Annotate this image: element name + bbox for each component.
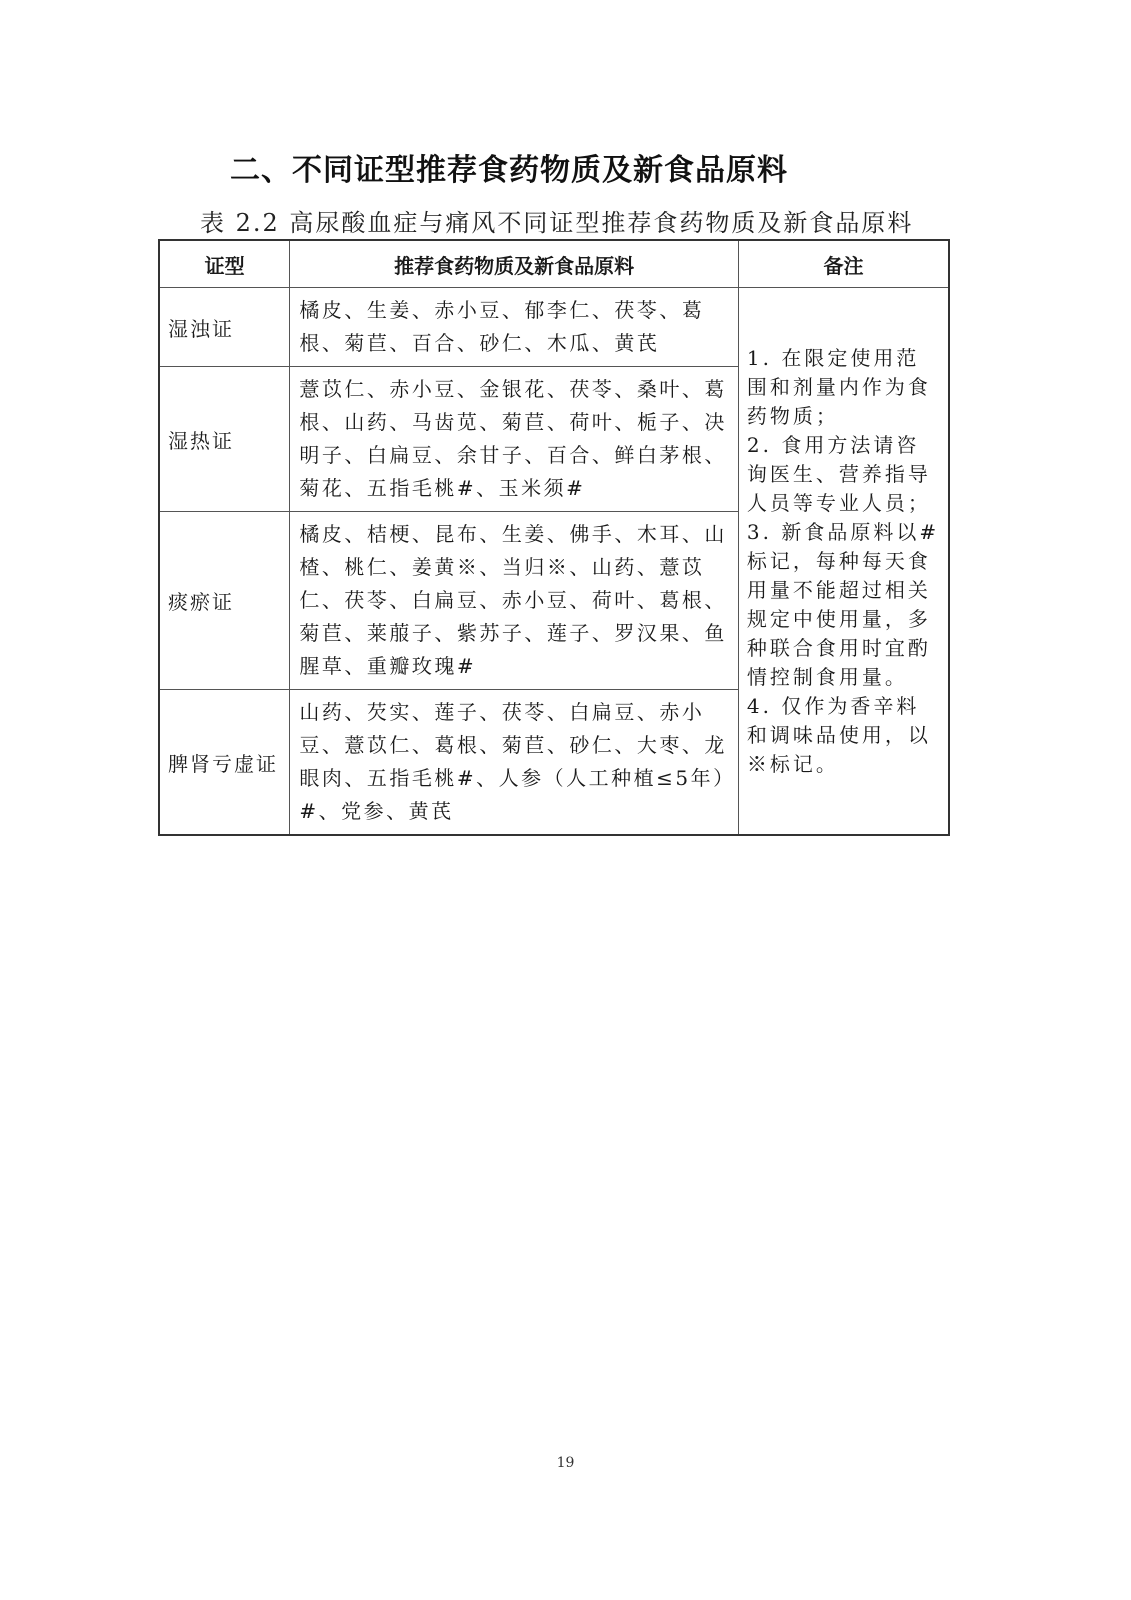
note-1: 1. 在限定使用范围和剂量内作为食药物质； <box>747 344 942 431</box>
recommended-items-cell: 橘皮、桔梗、昆布、生姜、佛手、木耳、山楂、桃仁、姜黄※、当归※、山药、薏苡仁、茯… <box>290 512 739 690</box>
table-header-row: 证型 推荐食药物质及新食品原料 备注 <box>159 240 949 288</box>
recommended-items-cell: 橘皮、生姜、赤小豆、郁李仁、茯苓、葛根、菊苣、百合、砂仁、木瓜、黄芪 <box>290 288 739 367</box>
header-notes: 备注 <box>738 240 949 288</box>
syndrome-type-cell: 湿热证 <box>159 367 290 512</box>
table-caption: 表 2.2 高尿酸血症与痛风不同证型推荐食药物质及新食品原料 <box>200 203 913 238</box>
syndrome-type-cell: 痰瘀证 <box>159 512 290 690</box>
syndrome-type-cell: 湿浊证 <box>159 288 290 367</box>
note-2: 2. 食用方法请咨询医生、营养指导人员等专业人员； <box>747 431 942 518</box>
syndrome-type-cell: 脾肾亏虚证 <box>159 690 290 836</box>
recommended-items-cell: 薏苡仁、赤小豆、金银花、茯苓、桑叶、葛根、山药、马齿苋、菊苣、荷叶、栀子、决明子… <box>290 367 739 512</box>
table-row: 湿浊证 橘皮、生姜、赤小豆、郁李仁、茯苓、葛根、菊苣、百合、砂仁、木瓜、黄芪 1… <box>159 288 949 367</box>
section-title: 二、不同证型推荐食药物质及新食品原料 <box>230 145 788 189</box>
notes-cell: 1. 在限定使用范围和剂量内作为食药物质； 2. 食用方法请咨询医生、营养指导人… <box>738 288 949 836</box>
header-syndrome-type: 证型 <box>159 240 290 288</box>
note-4: 4. 仅作为香辛料和调味品使用，以※标记。 <box>747 692 942 779</box>
header-recommended-items: 推荐食药物质及新食品原料 <box>290 240 739 288</box>
recommended-items-cell: 山药、芡实、莲子、茯苓、白扁豆、赤小豆、薏苡仁、葛根、菊苣、砂仁、大枣、龙眼肉、… <box>290 690 739 836</box>
recommendation-table: 证型 推荐食药物质及新食品原料 备注 湿浊证 橘皮、生姜、赤小豆、郁李仁、茯苓、… <box>158 239 950 836</box>
page-number: 19 <box>0 1455 1131 1471</box>
note-3: 3. 新食品原料以#标记，每种每天食用量不能超过相关规定中使用量，多种联合食用时… <box>747 518 942 692</box>
